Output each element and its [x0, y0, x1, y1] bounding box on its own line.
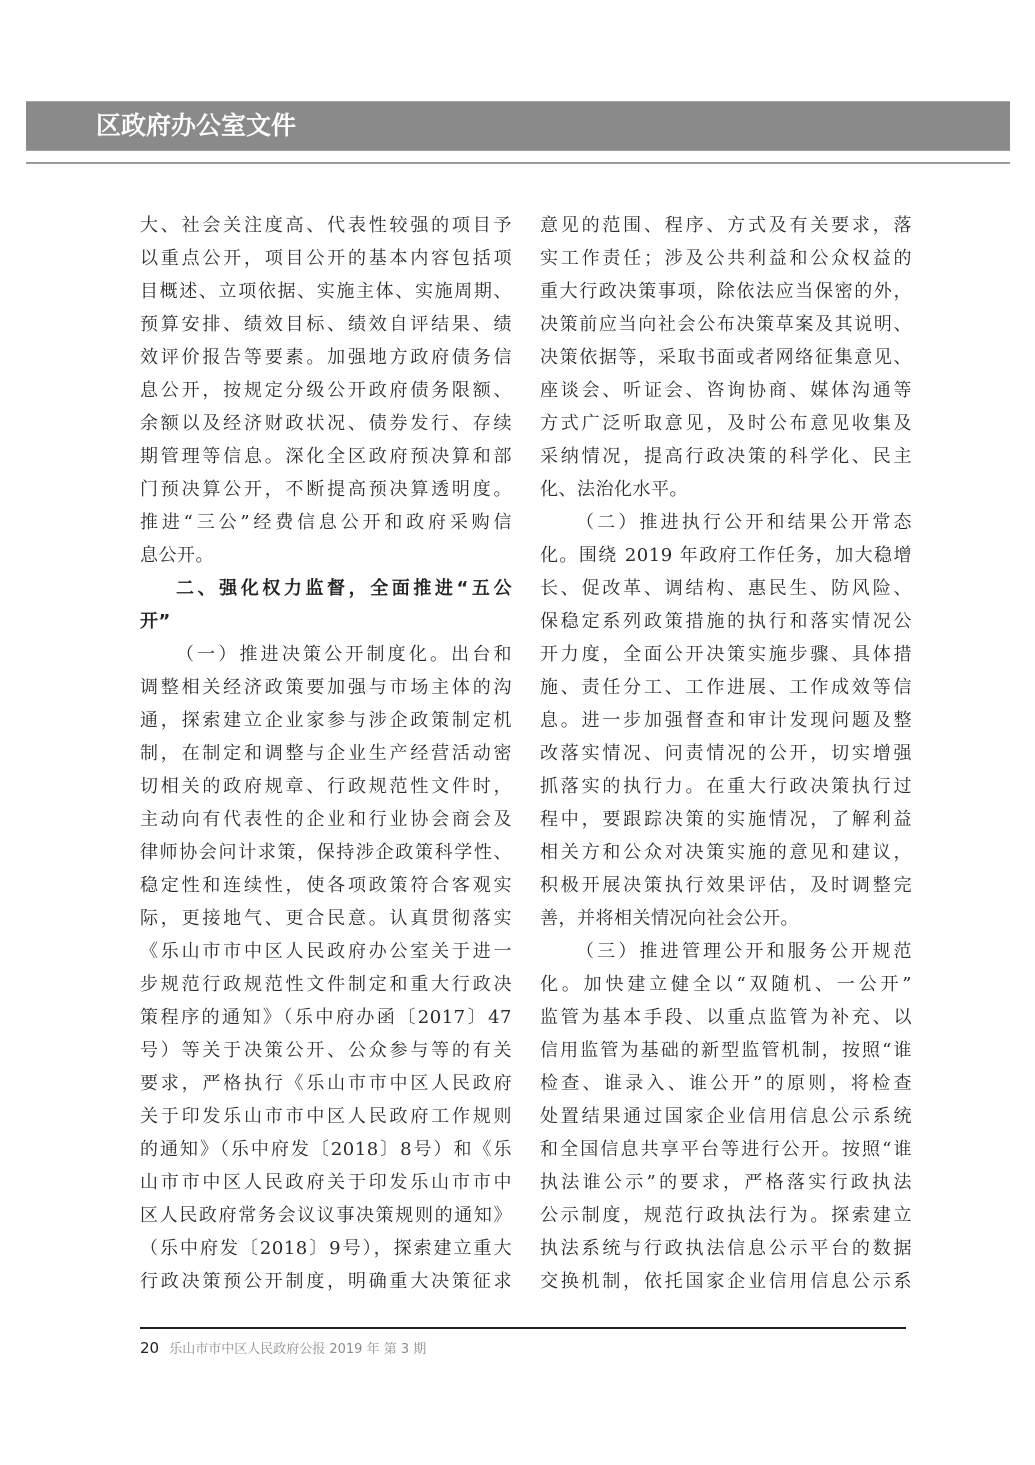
- text-line: 处置结果通过国家企业信用信息公示系统: [540, 1100, 912, 1133]
- page-footer: 20 乐山市市中区人民政府公报 2019 年 第 3 期: [140, 1338, 426, 1360]
- text-line: 抓落实的执行力。在重大行政决策执行过: [540, 770, 912, 803]
- text-line: 大、社会关注度高、代表性较强的项目予: [140, 209, 512, 242]
- footer-divider: [140, 1327, 906, 1329]
- text-line: 开力度，全面公开决策实施步骤、具体措: [540, 638, 912, 671]
- right-text-column: 意见的范围、程序、方式及有关要求，落实工作责任；涉及公共利益和公众权益的重大行政…: [540, 209, 912, 1298]
- text-line: （乐中府发〔2018〕9号），探索建立重大: [140, 1232, 512, 1265]
- text-line: 执法谁公示”的要求，严格落实行政执法: [540, 1166, 912, 1199]
- text-line: 际，更接地气、更合民意。认真贯彻落实: [140, 902, 512, 935]
- text-line: 以重点公开，项目公开的基本内容包括项: [140, 242, 512, 275]
- text-line: 《乐山市市中区人民政府办公室关于进一: [140, 935, 512, 968]
- text-line: 步规范行政规范性文件制定和重大行政决: [140, 968, 512, 1001]
- text-line: 和全国信息共享平台等进行公开。按照“谁: [540, 1133, 912, 1166]
- text-line: 主动向有代表性的企业和行业协会商会及: [140, 803, 512, 836]
- text-line: 调整相关经济政策要加强与市场主体的沟: [140, 671, 512, 704]
- text-line: 方式广泛听取意见，及时公布意见收集及: [540, 407, 912, 440]
- text-line: 公示制度，规范行政执法行为。探索建立: [540, 1199, 912, 1232]
- text-line: 施、责任分工、工作进展、工作成效等信: [540, 671, 912, 704]
- text-line: 山市市中区人民政府关于印发乐山市市中: [140, 1166, 512, 1199]
- text-line: 善，并将相关情况向社会公开。: [540, 902, 912, 935]
- text-line: 效评价报告等要素。加强地方政府债务信: [140, 341, 512, 374]
- text-line: （一）推进决策公开制度化。出台和: [140, 638, 512, 671]
- text-line: 采纳情况，提高行政决策的科学化、民主: [540, 440, 912, 473]
- text-line: 座谈会、听证会、咨询协商、媒体沟通等: [540, 374, 912, 407]
- text-line: 稳定性和连续性，使各项政策符合客观实: [140, 869, 512, 902]
- text-line: 通，探索建立企业家参与涉企政策制定机: [140, 704, 512, 737]
- text-line: 期管理等信息。深化全区政府预决算和部: [140, 440, 512, 473]
- section-title: 区政府办公室文件: [96, 108, 296, 144]
- text-line: （二）推进执行公开和结果公开常态: [540, 506, 912, 539]
- text-line: 化。加快建立健全以“双随机、一公开”: [540, 968, 912, 1001]
- text-line: 保稳定系列政策措施的执行和落实情况公: [540, 605, 912, 638]
- text-line: 制，在制定和调整与企业生产经营活动密: [140, 737, 512, 770]
- text-line: 积极开展决策执行效果评估，及时调整完: [540, 869, 912, 902]
- text-line: 要求，严格执行《乐山市市中区人民政府: [140, 1067, 512, 1100]
- text-line: 门预决算公开，不断提高预决算透明度。: [140, 473, 512, 506]
- text-line: 切相关的政府规章、行政规范性文件时，: [140, 770, 512, 803]
- section-heading-line: 开”: [140, 605, 512, 638]
- text-line: 化。围绕 2019 年政府工作任务，加大稳增: [540, 539, 912, 572]
- text-line: 实工作责任；涉及公共利益和公众权益的: [540, 242, 912, 275]
- section-heading-line: 二、强化权力监督，全面推进“五公: [140, 572, 512, 605]
- text-line: 意见的范围、程序、方式及有关要求，落: [540, 209, 912, 242]
- text-line: 号）等关于决策公开、公众参与等的有关: [140, 1034, 512, 1067]
- text-line: 息公开，按规定分级公开政府债务限额、: [140, 374, 512, 407]
- text-line: 检查、谁录入、谁公开”的原则，将检查: [540, 1067, 912, 1100]
- text-line: 决策依据等，采取书面或者网络征集意见、: [540, 341, 912, 374]
- text-line: 执法系统与行政执法信息公示平台的数据: [540, 1232, 912, 1265]
- text-line: 关于印发乐山市市中区人民政府工作规则: [140, 1100, 512, 1133]
- text-line: 决策前应当向社会公布决策草案及其说明、: [540, 308, 912, 341]
- text-line: 余额以及经济财政状况、债券发行、存续: [140, 407, 512, 440]
- text-line: 策程序的通知》（乐中府办函〔2017〕47: [140, 1001, 512, 1034]
- text-line: 息公开。: [140, 539, 512, 572]
- text-line: 目概述、立项依据、实施主体、实施周期、: [140, 275, 512, 308]
- text-line: 改落实情况、问责情况的公开，切实增强: [540, 737, 912, 770]
- section-header-bar: 区政府办公室文件: [26, 101, 1010, 151]
- text-line: 预算安排、绩效目标、绩效自评结果、绩: [140, 308, 512, 341]
- text-line: 推进“三公”经费信息公开和政府采购信: [140, 506, 512, 539]
- text-line: 化、法治化水平。: [540, 473, 912, 506]
- text-line: 息。进一步加强督查和审计发现问题及整: [540, 704, 912, 737]
- text-line: 重大行政决策事项，除依法应当保密的外，: [540, 275, 912, 308]
- text-line: 律师协会问计求策，保持涉企政策科学性、: [140, 836, 512, 869]
- text-line: 的通知》（乐中府发〔2018〕8号）和《乐: [140, 1133, 512, 1166]
- text-line: 相关方和公众对决策实施的意见和建议，: [540, 836, 912, 869]
- page-number: 20: [140, 1339, 159, 1357]
- text-line: 长、促改革、调结构、惠民生、防风险、: [540, 572, 912, 605]
- text-line: 监管为基本手段、以重点监管为补充、以: [540, 1001, 912, 1034]
- publication-name: 乐山市市中区人民政府公报 2019 年 第 3 期: [169, 1342, 426, 1357]
- text-line: 区人民政府常务会议议事决策规则的通知》: [140, 1199, 512, 1232]
- text-line: 交换机制，依托国家企业信用信息公示系: [540, 1265, 912, 1298]
- text-line: 程中，要跟踪决策的实施情况，了解利益: [540, 803, 912, 836]
- text-line: 行政决策预公开制度，明确重大决策征求: [140, 1265, 512, 1298]
- left-text-column: 大、社会关注度高、代表性较强的项目予以重点公开，项目公开的基本内容包括项目概述、…: [140, 209, 512, 1298]
- header-divider: [26, 162, 1010, 164]
- text-line: （三）推进管理公开和服务公开规范: [540, 935, 912, 968]
- text-line: 信用监管为基础的新型监管机制，按照“谁: [540, 1034, 912, 1067]
